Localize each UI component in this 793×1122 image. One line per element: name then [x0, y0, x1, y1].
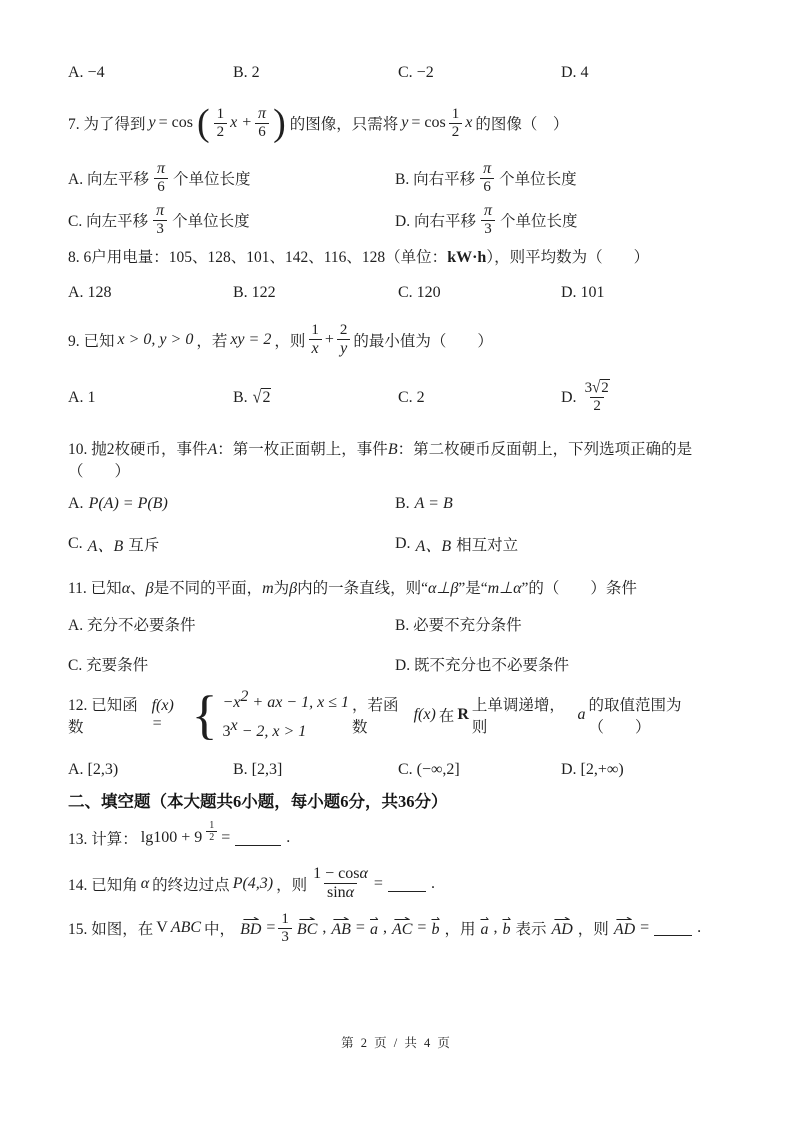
equals-sign: =	[221, 829, 230, 847]
q6-option-b: B. 2	[233, 62, 398, 84]
q6-option-c: C. −2	[398, 62, 561, 84]
exponent-one-half: 12	[206, 820, 217, 843]
equals-sign: =	[374, 875, 383, 893]
q14-alpha: α	[141, 875, 149, 893]
q9-option-b: B. √2	[233, 389, 398, 407]
q6-option-a: A. −4	[68, 62, 233, 84]
q12-option-c: C. (−∞,2]	[398, 761, 561, 779]
page-content: A. −4 B. 2 C. −2 D. 4 7. 为了得到 y = cos ( …	[0, 0, 793, 947]
q9-cond: x > 0, y > 0	[118, 331, 194, 349]
section-2-title: 二、填空题（本大题共6小题，每小题6分，共36分）	[68, 791, 735, 814]
q7-text-tail: 的图像（ ）	[475, 112, 568, 134]
q7-options-row-2: C. 向左平移 π3 个单位长度 D. 向右平移 π3 个单位长度	[68, 199, 735, 241]
q7-options-row-1: A. 向左平移 π6 个单位长度 B. 向右平移 π6 个单位长度	[68, 156, 735, 199]
exam-page: A. −4 B. 2 C. −2 D. 4 7. 为了得到 y = cos ( …	[0, 0, 793, 1122]
q11-options-row-2: C. 充要条件 D. 既不充分也不必要条件	[68, 655, 735, 676]
vector-AD: AD	[549, 921, 574, 939]
q7-text-mid: 的图像，只需将	[290, 112, 399, 134]
question-12-stem: 12. 已知函数 f(x) = { −x2 + ax − 1, x ≤ 1 3x…	[68, 687, 735, 744]
fraction-trig: 1 − cosαsinα	[310, 865, 371, 902]
fraction-2-y: 2y	[337, 322, 351, 358]
q7-option-d: D. 向右平移 π3 个单位长度	[395, 202, 735, 238]
fraction-3sqrt2-2: 3√22	[582, 380, 613, 415]
fraction-half2: 12	[449, 106, 463, 141]
fraction-half: 12	[214, 106, 228, 141]
answer-blank	[654, 920, 692, 936]
q10-option-c: C. A、B互斥	[68, 533, 395, 556]
q13-expression: lg100 + 9	[141, 829, 202, 847]
q8-option-d: D. 101	[561, 282, 735, 304]
q12-options-row: A. [2,3) B. [2,3] C. (−∞,2] D. [2,+∞)	[68, 757, 735, 783]
q6-options-row: A. −4 B. 2 C. −2 D. 4	[68, 62, 735, 84]
q9-option-a: A. 1	[68, 389, 233, 407]
q11-option-d: D. 既不充分也不必要条件	[395, 655, 735, 676]
q7-var-x: x	[465, 114, 472, 132]
fraction-pi-6: π6	[154, 160, 168, 196]
q10-option-a: A. P(A) = P(B)	[68, 495, 395, 513]
q10-options-row-1: A. P(A) = P(B) B. A = B	[68, 492, 735, 516]
q14-point: P(4,3)	[233, 875, 273, 893]
q11-option-a: A. 充分不必要条件	[68, 615, 395, 636]
q6-option-d: D. 4	[561, 62, 735, 84]
triangle-symbol: V	[156, 919, 168, 937]
set-R: R	[457, 706, 469, 724]
q9-xy: xy = 2	[230, 331, 271, 349]
fraction-pi-6: π6	[255, 105, 269, 141]
question-11-stem: 11. 已知α、β是不同的平面，m为β内的一条直线，则“α⊥β”是“m⊥α”的（…	[68, 578, 735, 600]
fraction-pi-6: π6	[480, 160, 494, 196]
q7-eq-cos: = cos	[159, 114, 193, 132]
q7-option-a: A. 向左平移 π6 个单位长度	[68, 160, 395, 196]
q12-option-b: B. [2,3]	[233, 761, 398, 779]
q12-option-d: D. [2,+∞)	[561, 761, 735, 779]
q8-option-c: C. 120	[398, 282, 561, 304]
q8-options-row: A. 128 B. 122 C. 120 D. 101	[68, 282, 735, 304]
plus-sign: +	[325, 331, 334, 349]
q7-option-b: B. 向右平移 π6 个单位长度	[395, 160, 735, 196]
q12-fx2: f(x)	[414, 706, 436, 724]
q8-option-a: A. 128	[68, 282, 233, 304]
question-10-stem: 10. 抛2枚硬币，事件A：第一枚正面朝上，事件B：第二枚硬币反面朝上，下列选项…	[68, 439, 735, 482]
vector-BD: BD	[238, 921, 263, 939]
q8-unit: kW·h	[447, 249, 486, 266]
q7-var-y2: y	[401, 114, 408, 132]
q7-eq-cos2: = cos	[411, 114, 445, 132]
vector-AD: AD	[612, 921, 637, 939]
q7-var-y: y	[149, 114, 156, 132]
q7-text: 7. 为了得到	[68, 112, 146, 134]
vector-b: b	[429, 921, 441, 939]
fraction-pi-3: π3	[481, 202, 495, 238]
q8-option-b: B. 122	[233, 282, 398, 304]
fraction-pi-3: π3	[153, 202, 167, 238]
fraction-1-3: 13	[278, 911, 292, 946]
q9-option-d: D. 3√22	[561, 380, 735, 415]
q7-x-plus: x +	[230, 114, 252, 132]
vector-b: b	[500, 921, 512, 939]
question-15: 15. 如图，在 V ABC 中， BD = 13 BC , AB = a , …	[68, 909, 735, 947]
question-7-stem: 7. 为了得到 y = cos ( 12 x + π6 ) 的图像，只需将 y …	[68, 100, 735, 146]
piecewise-function: −x2 + ax − 1, x ≤ 1 3x − 2, x > 1	[222, 687, 348, 744]
q15-abc: ABC	[171, 919, 201, 937]
q12-option-a: A. [2,3)	[68, 761, 233, 779]
fraction-1-x: 1x	[308, 322, 322, 358]
q9-option-c: C. 2	[398, 389, 561, 407]
q10-option-d: D. A、B相互对立	[395, 533, 735, 556]
sqrt-2: √2	[253, 389, 272, 407]
q12-var-a: a	[577, 706, 585, 724]
vector-AB: AB	[329, 921, 353, 939]
q10-option-b: B. A = B	[395, 495, 735, 513]
question-13: 13. 计算： lg100 + 9 12 = .	[68, 820, 735, 856]
vector-a: a	[368, 921, 380, 939]
q11-option-b: B. 必要不充分条件	[395, 615, 735, 636]
q9-options-row: A. 1 B. √2 C. 2 D. 3√22	[68, 375, 735, 420]
q12-fx: f(x) =	[152, 697, 187, 733]
answer-blank	[388, 876, 426, 892]
q7-option-c: C. 向左平移 π3 个单位长度	[68, 202, 395, 238]
question-14: 14. 已知角 α 的终边过点 P(4,3) ，则 1 − cosαsinα =…	[68, 864, 735, 903]
page-number: 第 2 页 / 共 4 页	[0, 1033, 793, 1051]
q10-options-row-2: C. A、B互斥 D. A、B相互对立	[68, 533, 735, 556]
question-8-stem: 8. 6户用电量：105、128、101、142、116、128（单位：kW·h…	[68, 247, 735, 269]
answer-blank	[235, 830, 281, 846]
vector-AC: AC	[390, 921, 414, 939]
vector-a: a	[478, 921, 490, 939]
question-9-stem: 9. 已知 x > 0, y > 0 ，若 xy = 2 ，则 1x + 2y …	[68, 319, 735, 361]
vector-BC: BC	[295, 921, 319, 939]
q11-option-c: C. 充要条件	[68, 655, 395, 676]
q11-options-row-1: A. 充分不必要条件 B. 必要不充分条件	[68, 615, 735, 636]
